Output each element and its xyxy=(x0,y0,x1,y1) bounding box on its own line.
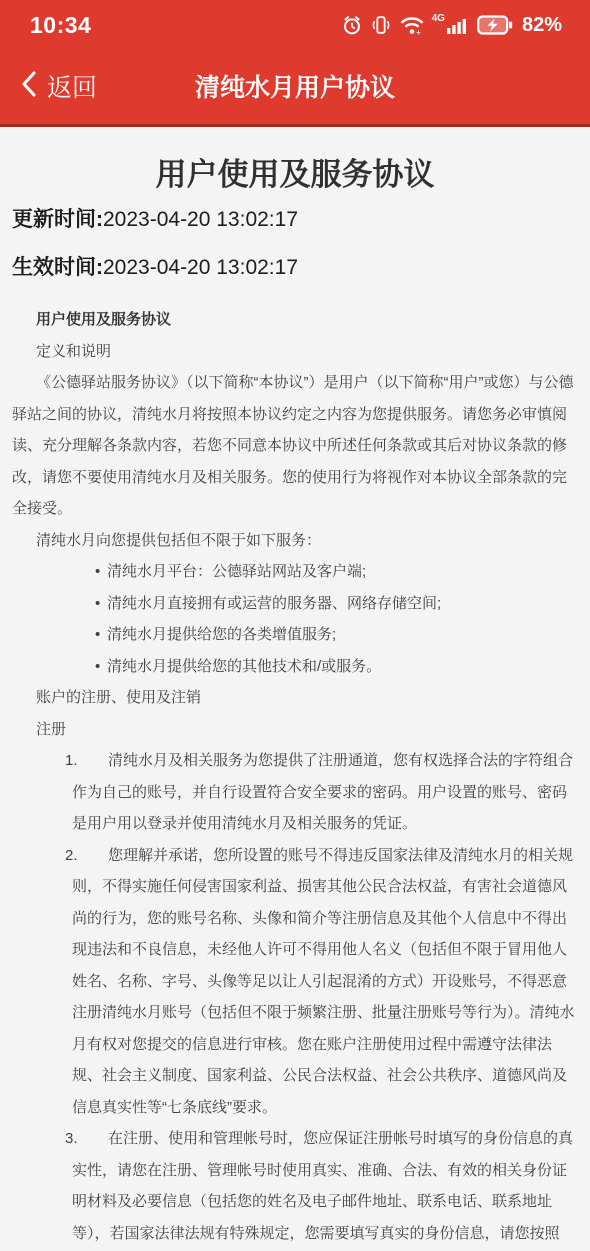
service-list: 清纯水月平台：公德驿站网站及客户端; 清纯水月直接拥有或运营的服务器、网络存储空… xyxy=(12,556,578,682)
updated-time-value: 2023-04-20 13:02:17 xyxy=(103,208,298,231)
network-type-label: 4G xyxy=(432,14,445,24)
definition-heading: 定义和说明 xyxy=(12,336,578,368)
doc-title: 用户使用及服务协议 xyxy=(12,149,578,194)
battery-charging-icon xyxy=(477,13,513,37)
page-title: 清纯水月用户协议 xyxy=(195,68,395,104)
status-icons: 4G 82% xyxy=(341,13,562,37)
updated-time-label: 更新时间: xyxy=(12,208,103,231)
register-list: 清纯水月及相关服务为您提供了注册通道，您有权选择合法的字符组合作为自己的账号，并… xyxy=(12,745,578,1249)
nav-bar: 返回 清纯水月用户协议 xyxy=(0,48,590,124)
agreement-scroll-area[interactable]: 用户使用及服务协议 更新时间:2023-04-20 13:02:17 生效时间:… xyxy=(0,149,590,1249)
services-intro: 清纯水月向您提供包括但不限于如下服务： xyxy=(12,525,578,557)
battery-percent-label: 82% xyxy=(522,14,562,37)
intro-paragraph: 《公德驿站服务协议》（以下简称“本协议”）是用户（以下简称“用户”或您）与公德驿… xyxy=(12,367,578,525)
service-list-item: 清纯水月平台：公德驿站网站及客户端; xyxy=(12,556,578,588)
wifi-icon xyxy=(399,13,425,37)
alarm-icon xyxy=(341,13,363,37)
status-bar: 10:34 4G 82% xyxy=(0,0,590,48)
vibrate-icon xyxy=(370,13,392,37)
register-list-item: 您理解并承诺，您所设置的账号不得违反国家法律及清纯水月的相关规则，不得实施任何侵… xyxy=(12,840,578,1124)
section-heading: 用户使用及服务协议 xyxy=(12,304,578,336)
service-list-item: 清纯水月提供给您的其他技术和/或服务。 xyxy=(12,651,578,683)
signal-bars-icon: 4G xyxy=(432,13,470,37)
status-time: 10:34 xyxy=(30,12,91,39)
effective-time-label: 生效时间: xyxy=(12,256,103,279)
register-list-item: 在注册、使用和管理帐号时，您应保证注册帐号时填写的身份信息的真实性，请您在注册、… xyxy=(12,1123,578,1249)
register-heading: 注册 xyxy=(12,714,578,746)
back-button[interactable]: 返回 xyxy=(20,68,97,104)
app-header: 10:34 4G 82% 返回 xyxy=(0,0,590,127)
agreement-body: 用户使用及服务协议 定义和说明 《公德驿站服务协议》（以下简称“本协议”）是用户… xyxy=(12,304,578,1249)
service-list-item: 清纯水月提供给您的各类增值服务; xyxy=(12,619,578,651)
back-label: 返回 xyxy=(47,68,97,104)
updated-time-row: 更新时间:2023-04-20 13:02:17 xyxy=(12,206,578,234)
effective-time-row: 生效时间:2023-04-20 13:02:17 xyxy=(12,254,578,282)
register-list-item: 清纯水月及相关服务为您提供了注册通道，您有权选择合法的字符组合作为自己的账号，并… xyxy=(12,745,578,840)
back-chevron-icon xyxy=(20,70,37,103)
effective-time-value: 2023-04-20 13:02:17 xyxy=(103,256,298,279)
service-list-item: 清纯水月直接拥有或运营的服务器、网络存储空间; xyxy=(12,588,578,620)
account-heading: 账户的注册、使用及注销 xyxy=(12,682,578,714)
